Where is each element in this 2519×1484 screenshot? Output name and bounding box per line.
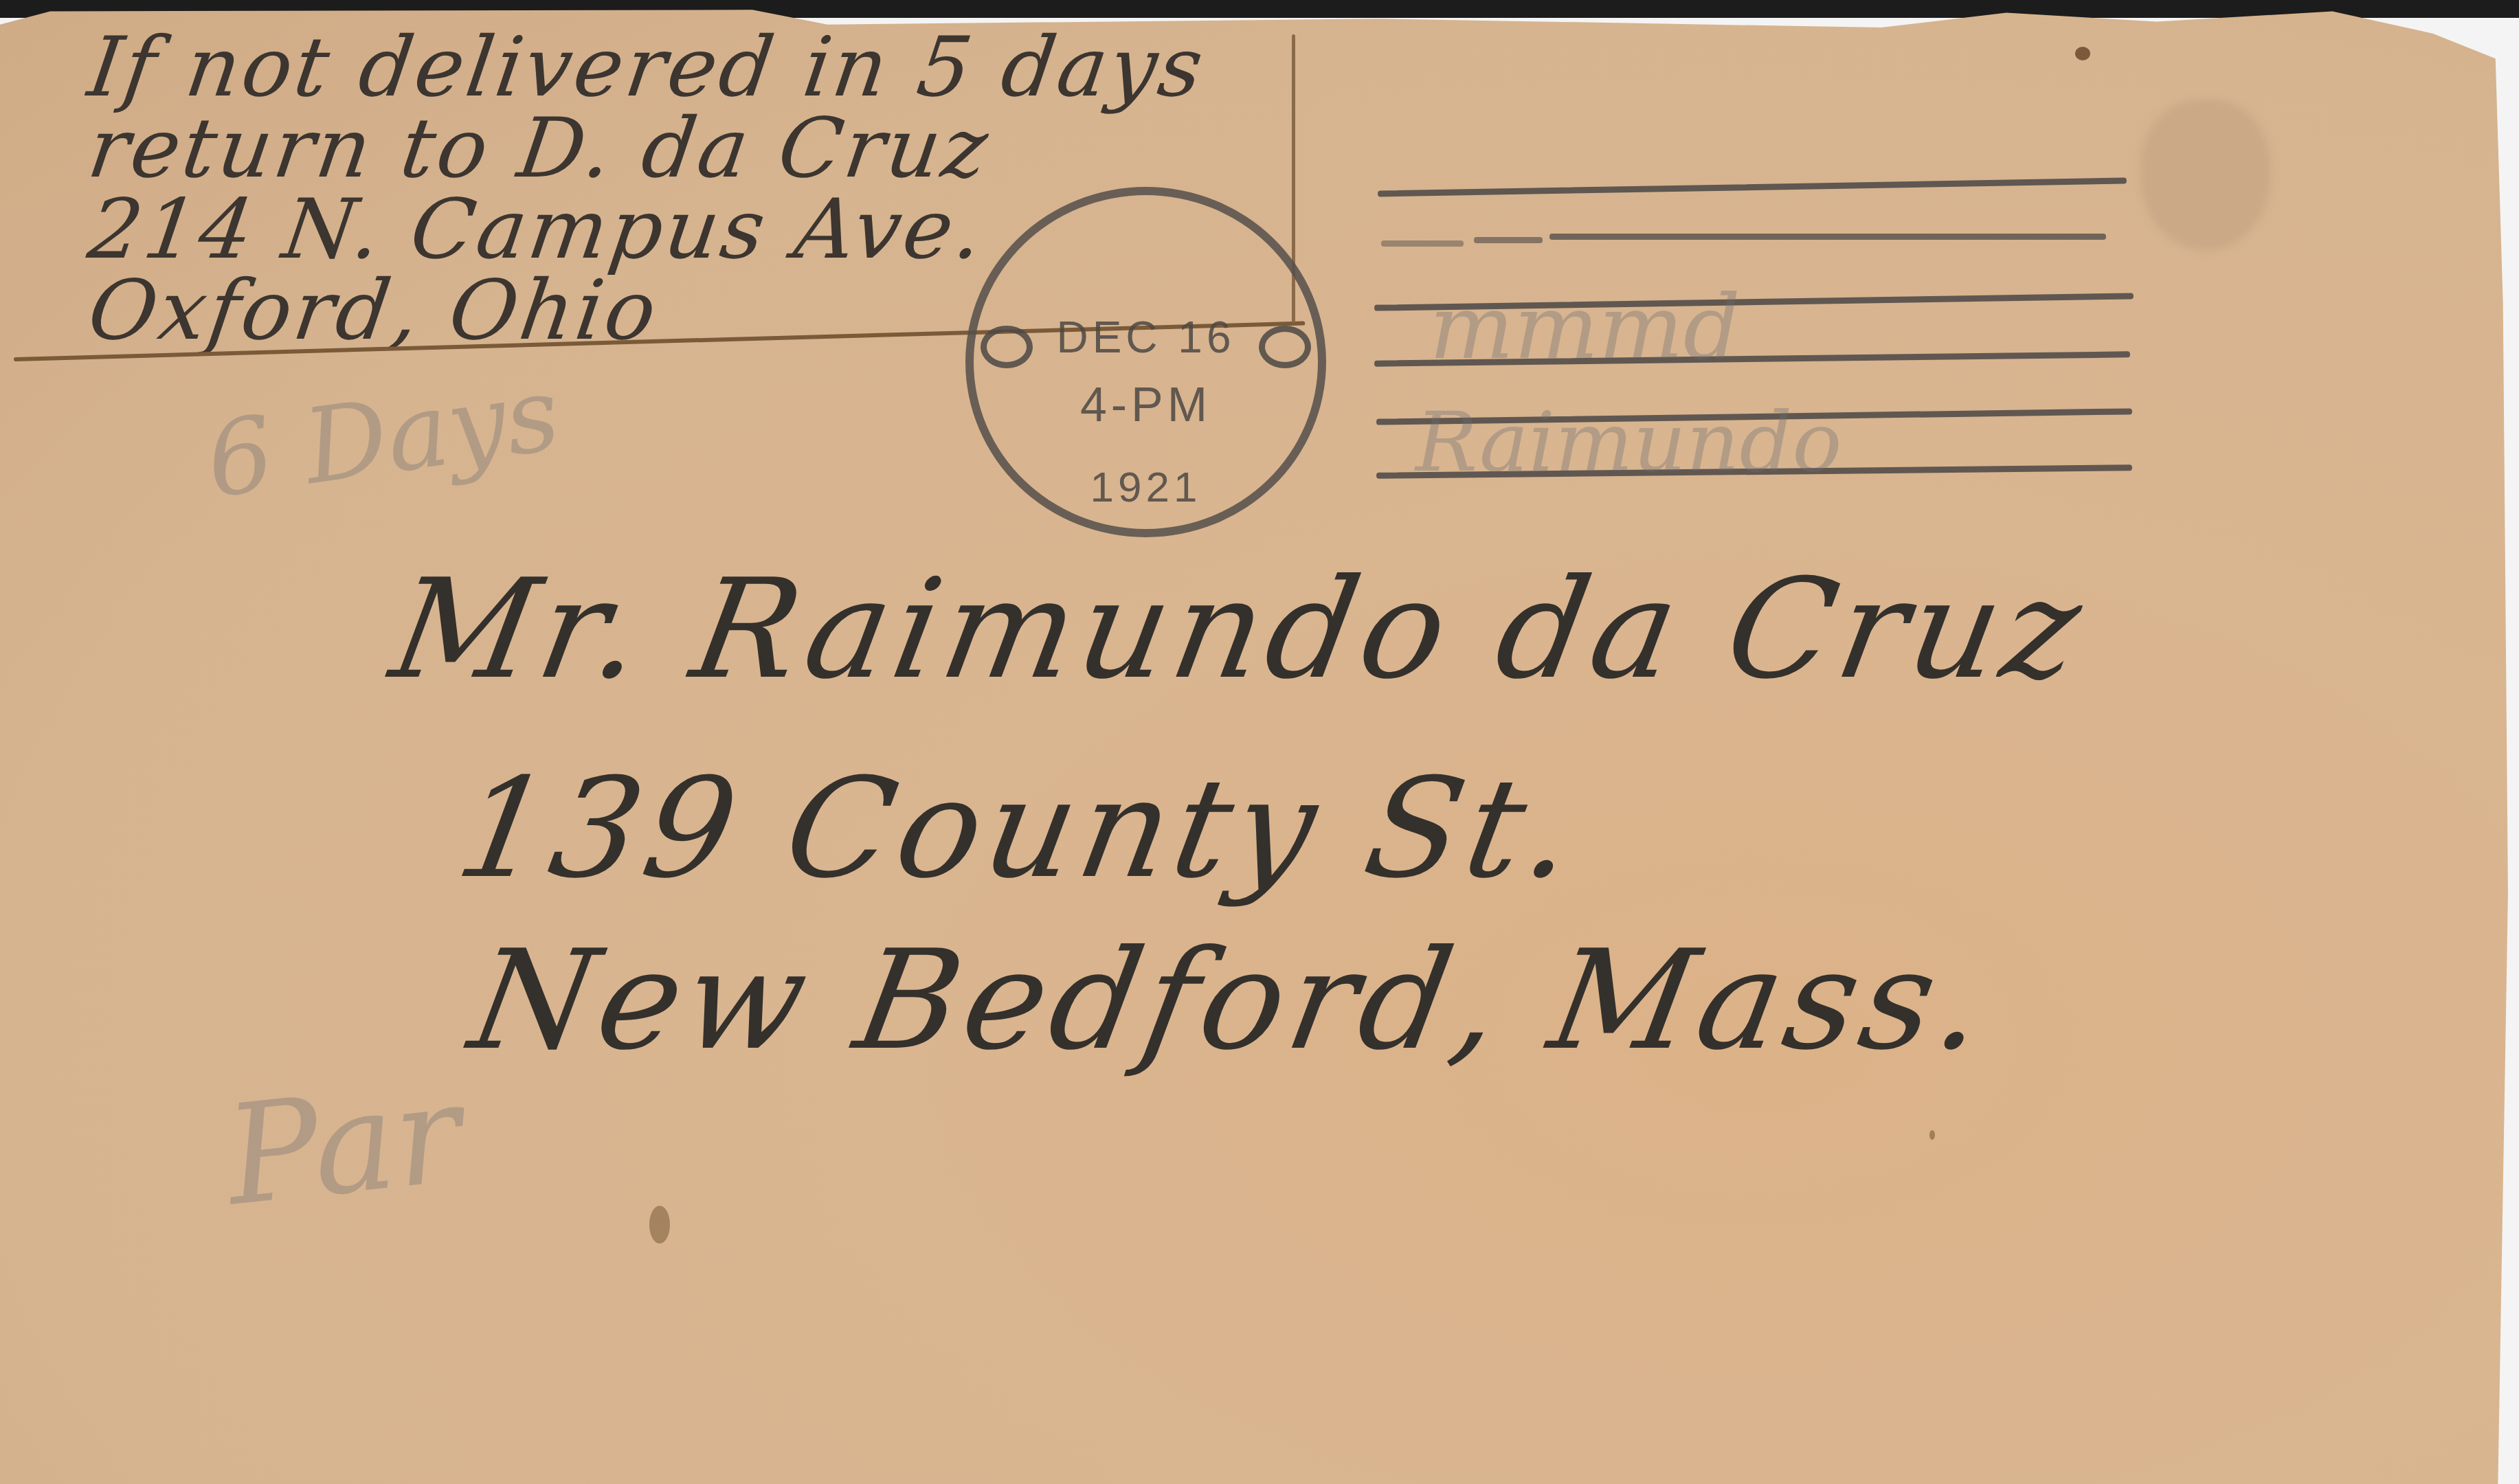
ink-spot bbox=[1929, 1130, 1935, 1140]
cancellation-line bbox=[1378, 177, 2127, 196]
pencil-note: 6 Days bbox=[199, 354, 566, 521]
cancellation-line bbox=[1474, 237, 1543, 243]
cancellation-line bbox=[1381, 240, 1464, 247]
addressee-city-state: New Bedford, Mass. bbox=[460, 921, 2002, 1081]
cancellation-line bbox=[1549, 234, 2106, 240]
envelope: If not delivered in 5 days return to D. … bbox=[0, 7, 2508, 1484]
postmark-year: 1921 bbox=[974, 463, 1318, 512]
pencil-note: Raimundo bbox=[1415, 395, 1841, 491]
pencil-note: Par bbox=[219, 1053, 469, 1237]
pencil-note: mmmd bbox=[1429, 275, 1740, 379]
postmark-date: DEC 16 bbox=[974, 312, 1318, 363]
addressee-street: 139 County St. bbox=[446, 749, 1591, 909]
ink-spot bbox=[2075, 47, 2090, 60]
ink-spot bbox=[649, 1206, 670, 1244]
postmark-time: 4-PM bbox=[974, 377, 1318, 432]
return-address-line: If not delivered in 5 days bbox=[84, 27, 1319, 109]
return-address-line: return to D. da Cruz bbox=[84, 109, 1319, 190]
water-stain bbox=[2140, 100, 2271, 251]
postmark: DEC 16 4-PM 1921 bbox=[965, 187, 1326, 537]
addressee-name: Mr. Raimundo da Cruz bbox=[381, 550, 2097, 710]
